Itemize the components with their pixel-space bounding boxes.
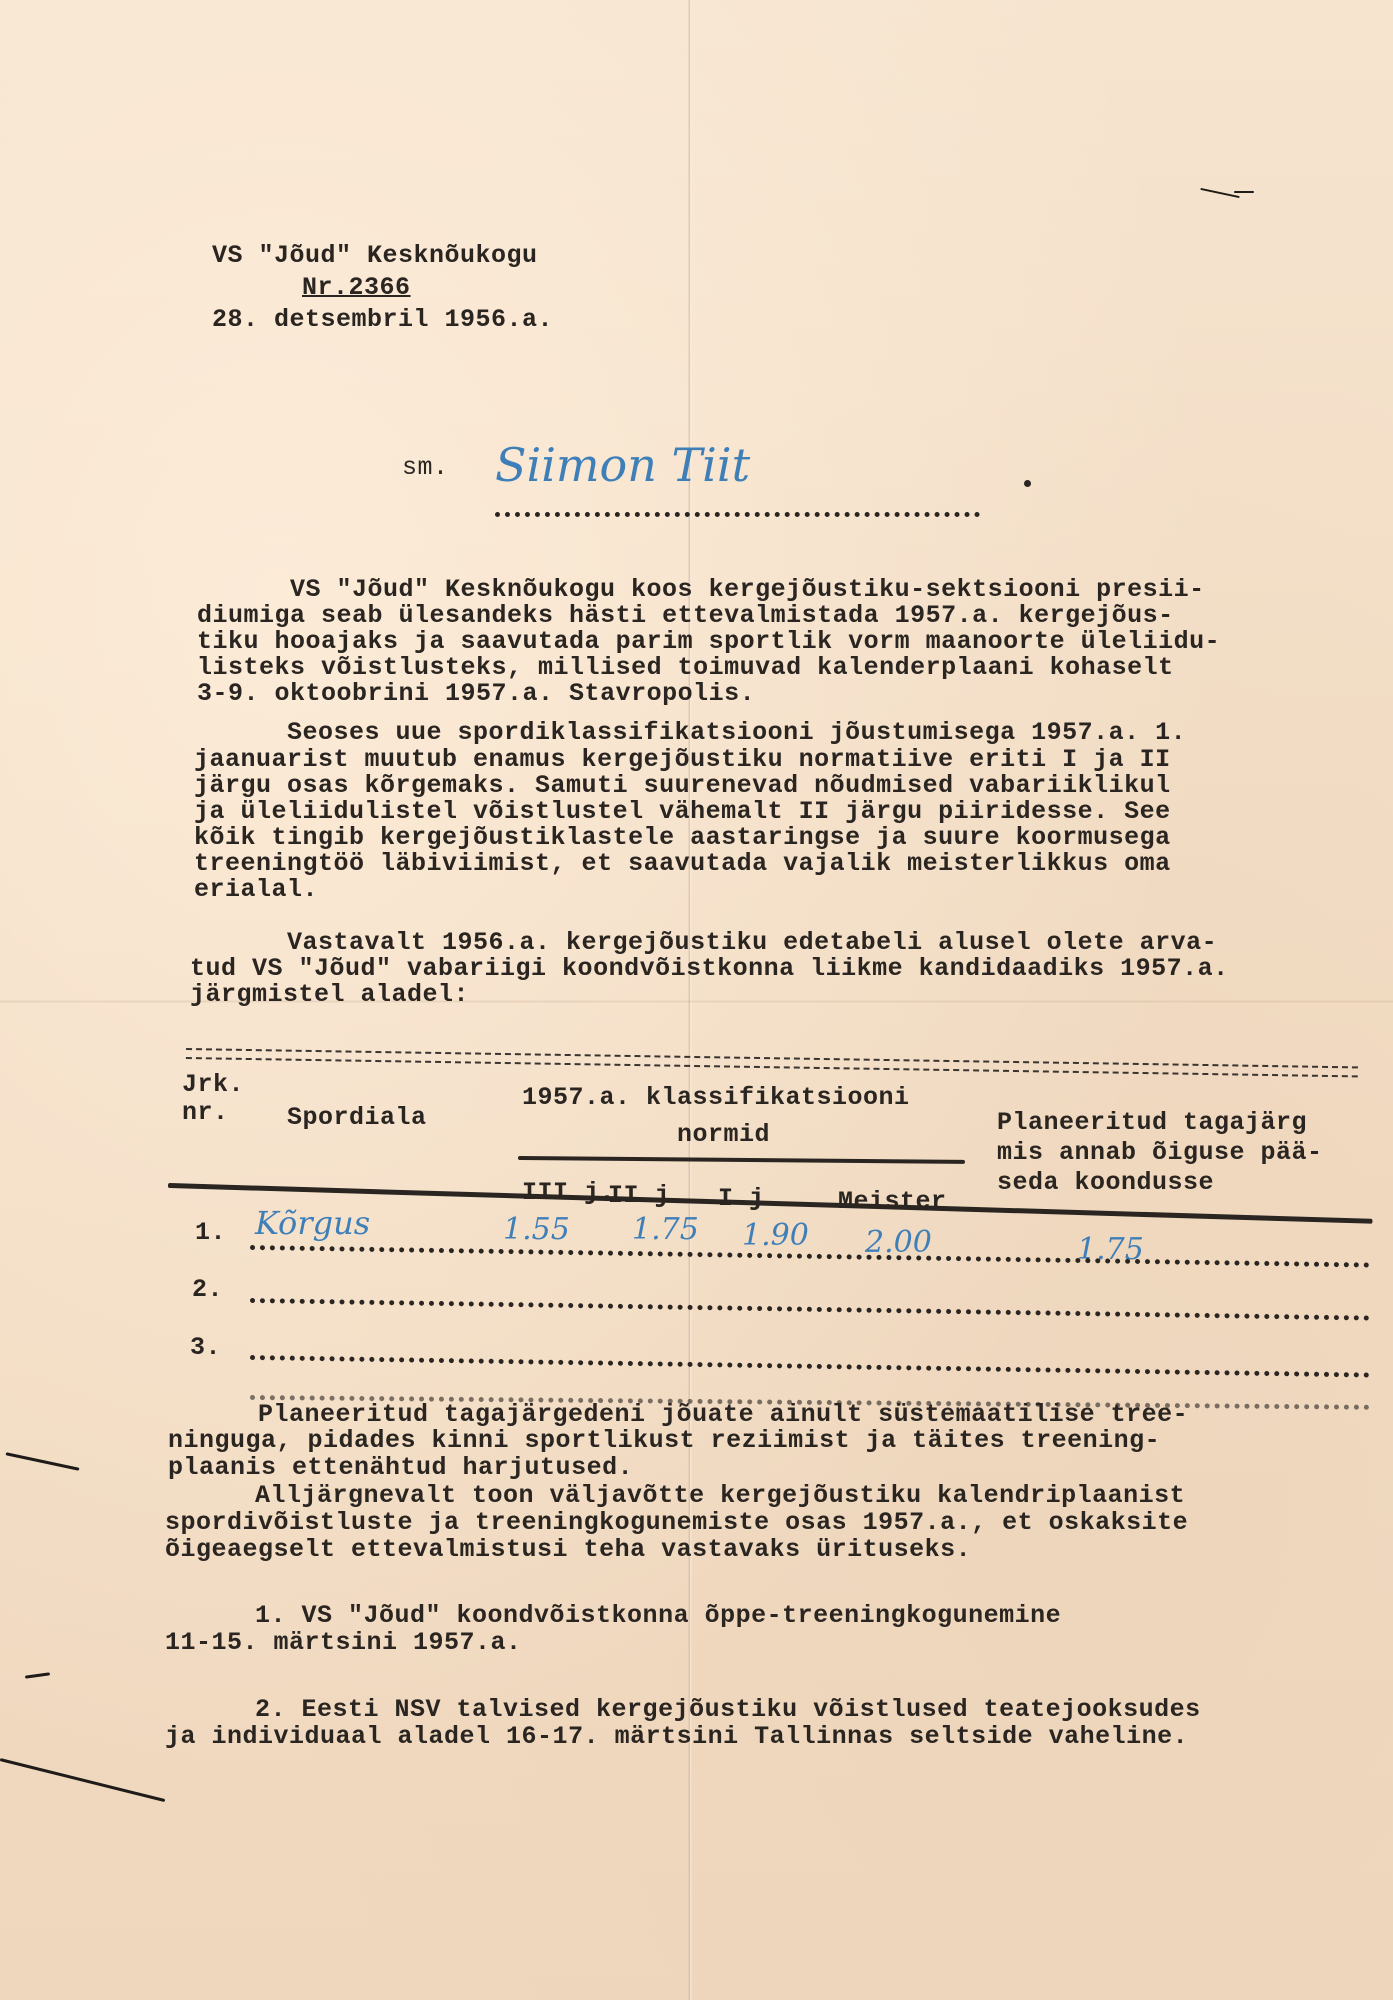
paragraph2-line6: treeningtöö läbiviimist, et saavutada va… <box>194 851 1171 877</box>
norms-underline <box>518 1156 965 1164</box>
table-header-nr: nr. <box>182 1100 229 1126</box>
organization-name: VS "Jõud" Kesknõukogu <box>212 243 538 269</box>
table-header-jrk: Jrk. <box>182 1072 244 1098</box>
paragraph1-line1: VS "Jõud" Kesknõukogu koos kergejõustiku… <box>290 577 1205 603</box>
paragraph3-line2: tud VS "Jõud" vabariigi koondvõistkonna … <box>190 956 1229 982</box>
event1-line1: 1. VS "Jõud" koondvõistkonna õppe-treeni… <box>255 1603 1061 1629</box>
paragraph1-line3: tiku hooajaks ja saavutada parim sportli… <box>197 629 1220 655</box>
paragraph1-line5: 3-9. oktoobrini 1957.a. Stavropolis. <box>197 681 755 707</box>
paragraph1-line2: diumiga seab ülesandeks hästi ettevalmis… <box>197 603 1174 629</box>
event2-line2: ja individuaal aladel 16-17. märtsini Ta… <box>165 1724 1188 1750</box>
speck-mark <box>1234 191 1254 193</box>
paragraph1-line4: listeks võistlusteks, millised toimuvad … <box>197 655 1174 681</box>
row1-spordiala: Kõrgus <box>255 1204 370 1242</box>
addressee-dotted-line <box>495 512 980 517</box>
paragraph2-line5: kõik tingib kergejõustiklastele aastarin… <box>194 825 1171 851</box>
edge-scratch-mark <box>0 1758 165 1802</box>
edge-scratch-mark <box>6 1452 80 1471</box>
addressee-prefix: sm. <box>402 455 449 481</box>
table-header-planned-line1: Planeeritud tagajärg <box>997 1110 1307 1136</box>
paragraph4-line1: Planeeritud tagajärgedeni jõuate ainult … <box>258 1402 1188 1428</box>
document-number: Nr.2366 <box>302 275 411 301</box>
table-header-planned-line3: seda koondusse <box>997 1170 1214 1196</box>
row2-nr: 2. <box>192 1277 223 1303</box>
row2-dotted-line <box>250 1298 1370 1321</box>
edge-scratch-mark <box>25 1672 50 1678</box>
paragraph4-line2: ninguga, pidades kinni sportlikust rezii… <box>168 1428 1160 1454</box>
paragraph3-line1: Vastavalt 1956.a. kergejõustiku edetabel… <box>287 930 1217 956</box>
paragraph4-line3: plaanis ettenähtud harjutused. <box>168 1455 633 1481</box>
speck-mark <box>1200 188 1240 198</box>
paragraph2-line4: ja üleliidulistel võistlustel vähemalt I… <box>194 799 1171 825</box>
row1-nr: 1. <box>195 1220 226 1246</box>
row1-II-j: 1.75 <box>632 1212 699 1247</box>
table-header-norms: 1957.a. klassifikatsiooni <box>522 1085 910 1111</box>
row1-I-j: 1.90 <box>742 1218 809 1253</box>
table-header-planned-line2: mis annab õiguse pää- <box>997 1140 1323 1166</box>
subcol-meister: Meister <box>838 1189 947 1215</box>
paragraph5-line3: õigeaegselt ettevalmistusi teha vastavak… <box>165 1537 971 1563</box>
paragraph2-line3: järgu osas kõrgemaks. Samuti suurenevad … <box>194 773 1171 799</box>
document-page: VS "Jõud" Kesknõukogu Nr.2366 28. detsem… <box>0 0 1393 2000</box>
addressee-name-handwritten: Siimon Tiit <box>495 438 750 492</box>
paragraph5-line1: Alljärgnevalt toon väljavõtte kergejõust… <box>255 1483 1185 1509</box>
row1-III-j: 1.55 <box>503 1212 570 1247</box>
speck-mark <box>1024 480 1031 487</box>
row3-nr: 3. <box>190 1335 221 1361</box>
document-date: 28. detsembril 1956.a. <box>212 307 553 333</box>
paragraph2-line1: Seoses uue spordiklassifikatsiooni jõust… <box>287 720 1186 746</box>
row1-dotted-line <box>250 1245 1370 1268</box>
paragraph2-line2: jaanuarist muutub enamus kergejõustiku n… <box>194 747 1171 773</box>
table-header-norms-line2: normid <box>677 1122 770 1148</box>
event1-line2: 11-15. märtsini 1957.a. <box>165 1630 522 1656</box>
table-header-spordiala: Spordiala <box>287 1105 427 1131</box>
paragraph2-line7: erialal. <box>194 877 318 903</box>
row3-dotted-line <box>250 1355 1370 1378</box>
paragraph3-line3: järgmistel aladel: <box>190 982 469 1008</box>
event2-line1: 2. Eesti NSV talvised kergejõustiku võis… <box>255 1697 1201 1723</box>
paragraph5-line2: spordivõistluste ja treeningkogunemiste … <box>165 1510 1188 1536</box>
table-top-double-rule <box>186 1048 1358 1077</box>
